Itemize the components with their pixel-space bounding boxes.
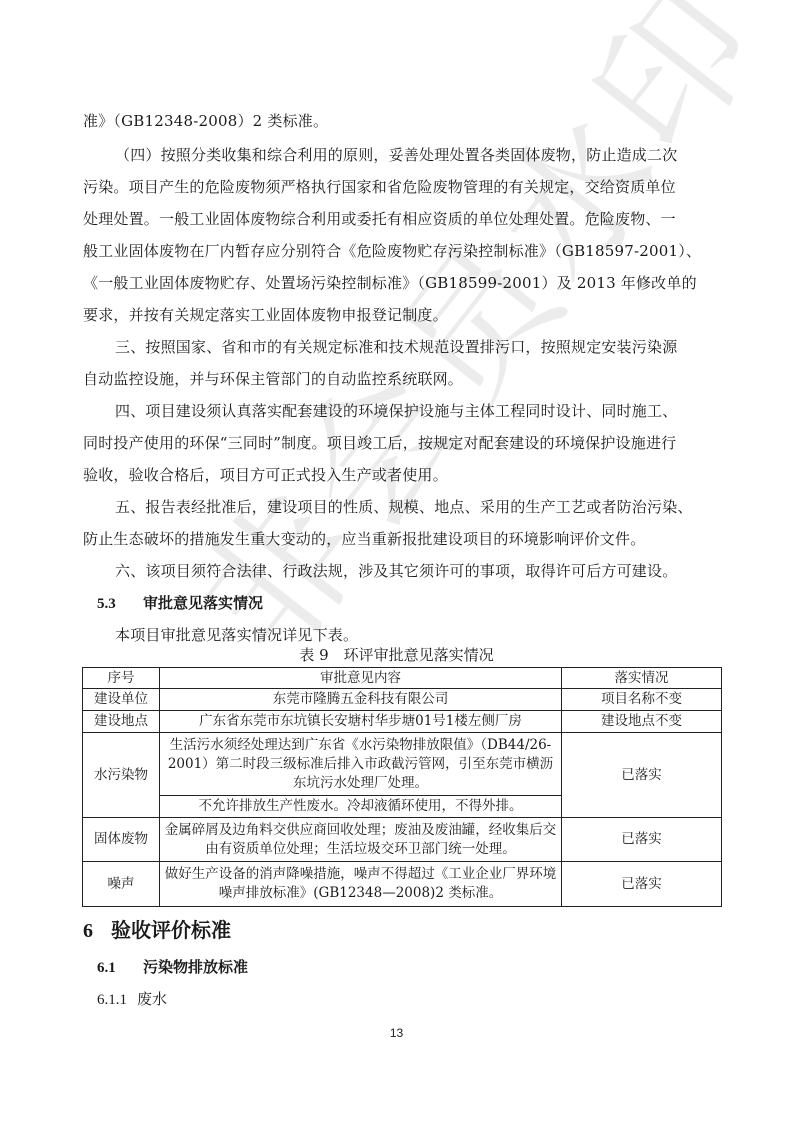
paragraph-line: 要求，并按有关规定落实工业固体废物申报登记制度。 bbox=[83, 305, 715, 325]
status-cell: 已落实 bbox=[562, 818, 722, 862]
content-cell: 生活污水须经处理达到广东省《水污染物排放限值》（DB44/26-2001）第二时… bbox=[160, 733, 562, 796]
status-cell: 已落实 bbox=[562, 862, 722, 907]
table-caption: 表 9 环评审批意见落实情况 bbox=[0, 645, 793, 665]
section-title: 废水 bbox=[137, 990, 167, 1008]
paragraph-line: 同时投产使用的环保“三同时”制度。项目竣工后，按规定对配套建设的环境保护设施进行 bbox=[83, 433, 715, 453]
item-cell: 建设单位 bbox=[83, 689, 160, 711]
paragraph-line: （四）按照分类收集和综合利用的原则，妥善处理处置各类固体废物，防止造成二次 bbox=[115, 145, 715, 165]
paragraph-line: 验收，验收合格后，项目方可正式投入生产或者使用。 bbox=[83, 465, 715, 485]
approval-table: 序号 审批意见内容 落实情况 建设单位 东莞市隆腾五金科技有限公司 项目名称不变… bbox=[82, 667, 722, 907]
paragraph-line: 准》（GB12348-2008）2 类标准。 bbox=[83, 111, 715, 131]
table-row: 建设地点 广东省东莞市东坑镇长安塘村华步塘01号1楼左侧厂房 建设地点不变 bbox=[83, 711, 722, 733]
section-number: 6.1.1 bbox=[97, 990, 137, 1010]
section-number: 6.1 bbox=[97, 958, 143, 978]
table-row: 固体废物 金属碎屑及边角料交供应商回收处理；废油及废油罐，经收集后交由有资质单位… bbox=[83, 818, 722, 862]
paragraph-line: 防止生态破坏的措施发生重大变动的，应当重新报批建设项目的环境影响评价文件。 bbox=[83, 529, 715, 549]
section-number: 6 bbox=[83, 918, 111, 944]
item-cell: 建设地点 bbox=[83, 711, 160, 733]
section-title: 污染物排放标准 bbox=[143, 958, 248, 976]
paragraph-line: 《一般工业固体废物贮存、处置场污染控制标准》（GB18599-2001）及 20… bbox=[83, 273, 715, 293]
table-intro: 本项目审批意见落实情况详见下表。 bbox=[115, 625, 715, 645]
status-cell: 已落实 bbox=[562, 733, 722, 818]
item-cell: 固体废物 bbox=[83, 818, 160, 862]
paragraph-line: 自动监控设施，并与环保主管部门的自动监控系统联网。 bbox=[83, 369, 715, 389]
section-title: 审批意见落实情况 bbox=[143, 594, 263, 612]
section-number: 5.3 bbox=[97, 594, 143, 614]
table-row: 水污染物 生活污水须经处理达到广东省《水污染物排放限值》（DB44/26-200… bbox=[83, 733, 722, 796]
header-cell: 审批意见内容 bbox=[160, 668, 562, 689]
item-cell: 水污染物 bbox=[83, 733, 160, 818]
paragraph-line: 六、该项目须符合法律、行政法规，涉及其它须许可的事项，取得许可后方可建设。 bbox=[115, 561, 715, 581]
header-cell: 落实情况 bbox=[562, 668, 722, 689]
content-cell: 不允许排放生产性废水。冷却液循环使用，不得外排。 bbox=[160, 796, 562, 818]
content-cell: 做好生产设备的消声降噪措施，噪声不得超过《工业企业厂界环境噪声排放标准》(GB1… bbox=[160, 862, 562, 907]
section-heading-6-1-1: 6.1.1废水 bbox=[97, 989, 167, 1010]
section-title: 验收评价标准 bbox=[111, 918, 231, 942]
header-cell: 序号 bbox=[83, 668, 160, 689]
table-row: 建设单位 东莞市隆腾五金科技有限公司 项目名称不变 bbox=[83, 689, 722, 711]
section-heading-6: 6验收评价标准 bbox=[83, 917, 231, 944]
content-cell: 广东省东莞市东坑镇长安塘村华步塘01号1楼左侧厂房 bbox=[160, 711, 562, 733]
paragraph-line: 污染。项目产生的危险废物须严格执行国家和省危险废物管理的有关规定，交给资质单位 bbox=[83, 177, 715, 197]
table-header-row: 序号 审批意见内容 落实情况 bbox=[83, 668, 722, 689]
document-page: 非会员水印 准》（GB12348-2008）2 类标准。 （四）按照分类收集和综… bbox=[0, 0, 793, 1122]
content-cell: 金属碎屑及边角料交供应商回收处理；废油及废油罐，经收集后交由有资质单位处理；生活… bbox=[160, 818, 562, 862]
paragraph-line: 四、项目建设须认真落实配套建设的环境保护设施与主体工程同时设计、同时施工、 bbox=[115, 401, 715, 421]
item-cell: 噪声 bbox=[83, 862, 160, 907]
content-cell: 东莞市隆腾五金科技有限公司 bbox=[160, 689, 562, 711]
paragraph-line: 五、报告表经批准后，建设项目的性质、规模、地点、采用的生产工艺或者防治污染、 bbox=[115, 497, 715, 517]
table-row: 噪声 做好生产设备的消声降噪措施，噪声不得超过《工业企业厂界环境噪声排放标准》(… bbox=[83, 862, 722, 907]
paragraph-line: 三、按照国家、省和市的有关规定标准和技术规范设置排污口，按照规定安装污染源 bbox=[115, 337, 715, 357]
paragraph-line: 般工业固体废物在厂内暂存应分别符合《危险废物贮存污染控制标准》（GB18597-… bbox=[83, 241, 715, 261]
paragraph-line: 处理处置。一般工业固体废物综合利用或委托有相应资质的单位处理处置。危险废物、一 bbox=[83, 209, 715, 229]
section-heading-5-3: 5.3审批意见落实情况 bbox=[97, 593, 263, 614]
section-heading-6-1: 6.1污染物排放标准 bbox=[97, 957, 248, 978]
status-cell: 项目名称不变 bbox=[562, 689, 722, 711]
status-cell: 建设地点不变 bbox=[562, 711, 722, 733]
page-number: 13 bbox=[0, 1026, 793, 1040]
